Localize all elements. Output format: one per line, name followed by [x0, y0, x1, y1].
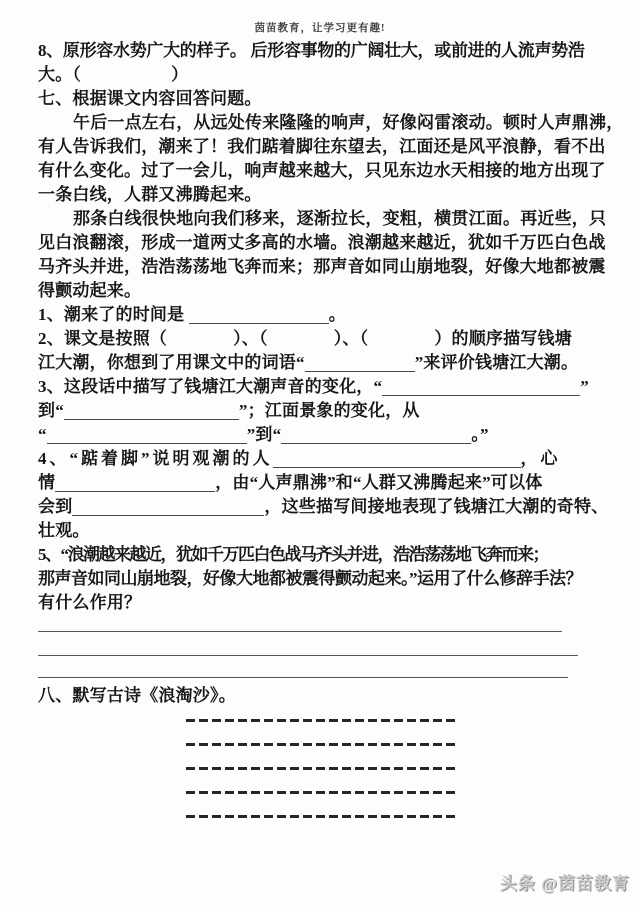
text-run: ）	[171, 65, 188, 84]
answer-line-1	[38, 631, 562, 632]
text-run: “	[38, 425, 47, 444]
text-run: 有什么作用？	[38, 593, 141, 612]
question-3-line-1: 3、这段话中描写了钱塘江大潮声音的变化，“”	[38, 375, 603, 399]
question-5-line-3: 有什么作用？	[38, 591, 603, 615]
text-run: 3、这段话中描写了钱塘江大潮声音的变化，“	[38, 377, 382, 396]
passage-para2-line-2: 见白浪翻滚，形成一道两丈多高的水墙。浪潮越来越近，犹如千万匹白色战	[38, 231, 603, 255]
text-run: 会到	[38, 497, 72, 516]
worksheet-page: 茵苗教育，让学习更有趣! 8、原形容水势广大的样子。 后形容事物的广阔壮大，或前…	[0, 0, 640, 905]
text-run: 8、原形容水势广大的样子。 后形容事物的广阔壮大，或前进的人流声势浩	[38, 41, 585, 60]
fill-in-blank	[47, 429, 247, 444]
text-run: ）、（	[334, 329, 369, 348]
poem-blank-line-2	[186, 743, 456, 746]
text-run: ”来评价钱塘江大潮。	[415, 353, 579, 372]
fill-in-blank	[189, 309, 329, 324]
section-7-heading: 七、根据课文内容回答问题。	[38, 87, 603, 111]
text-run: 午后一点左右，从远处传来隆隆的响声，好像闷雷滚动。顿时人声鼎沸，	[73, 113, 623, 132]
text-run: 到“	[38, 401, 64, 420]
question-5-line-2: 那声音如同山崩地裂，好像大地都被震得颤动起来。”运用了什么修辞手法？	[38, 567, 603, 591]
text-run: ，这些描写间接地表现了钱塘江大潮的奇特、	[264, 497, 608, 516]
passage-para1-line-3: 有什么变化。过了一会儿，响声越来越大，只见东边水天相接的地方出现了	[38, 159, 603, 183]
text-run: 那条白线很快地向我们移来，逐渐拉长，变粗，横贯江面。再近些，只	[73, 209, 606, 228]
passage-para2-line-4: 得颤动起来。	[38, 279, 603, 303]
paren-blank	[268, 342, 334, 344]
answer-line-2	[38, 655, 578, 656]
text-run: ）的顺序描写钱塘	[434, 329, 572, 348]
question-4-line-3: 会到，这些描写间接地表现了钱塘江大潮的奇特、	[38, 495, 603, 519]
text-run: 有人告诉我们，潮来了！我们踮着脚往东望去，江面还是风平浪静，看不出	[38, 137, 606, 156]
document-lines: 8、原形容水势广大的样子。 后形容事物的广阔壮大，或前进的人流声势浩大。（）七、…	[0, 35, 640, 818]
passage-para2-line-3: 马齐头并进，浩浩荡荡地飞奔而来；那声音如同山崩地裂，好像大地都被震	[38, 255, 603, 279]
text-run: 江大潮，你想到了用课文中的词语“	[38, 353, 305, 372]
text-run: 一条白线，人群又沸腾起来。	[38, 185, 262, 204]
question-3-line-2: 到“”；江面景象的变化，从	[38, 399, 603, 423]
paren-blank	[368, 342, 434, 344]
fill-in-blank	[64, 405, 239, 420]
text-run: 七、根据课文内容回答问题。	[38, 89, 262, 108]
text-run: ）、（	[233, 329, 268, 348]
section-8-heading: 八、默写古诗《浪淘沙》。	[38, 684, 603, 708]
text-run: ，心	[521, 449, 561, 468]
text-run: ”；江面景象的变化，从	[239, 401, 420, 420]
question-1: 1、潮来了的时间是 。	[38, 303, 603, 327]
question-5-line-1: 5、“浪潮越来越近，犹如千万匹白色战马齐头并进，浩浩荡荡地飞奔而来；	[38, 543, 603, 567]
question-4-line-4: 壮观。	[38, 519, 603, 543]
question-2-line-1: 2、课文是按照（）、（）、（）的顺序描写钱塘	[38, 327, 603, 351]
text-run: 马齐头并进，浩浩荡荡地飞奔而来；那声音如同山崩地裂，好像大地都被震	[38, 257, 606, 276]
text-run: 1、潮来了的时间是	[38, 305, 189, 324]
passage-para1-line-4: 一条白线，人群又沸腾起来。	[38, 183, 603, 207]
text-run: ”	[580, 377, 589, 396]
fill-in-blank	[55, 477, 215, 492]
fill-in-blank	[281, 429, 471, 444]
passage-para2-line-1: 那条白线很快地向我们移来，逐渐拉长，变粗，横贯江面。再近些，只	[38, 207, 603, 231]
text-run: 4、“踮着脚”说明观潮的人	[38, 449, 273, 468]
poem-blank-line-4	[186, 791, 456, 794]
fill-in-blank	[273, 453, 521, 468]
poem-blank-line-3	[186, 767, 456, 770]
text-run: 2、课文是按照（	[38, 329, 167, 348]
text-run: 大。（	[38, 65, 81, 84]
passage-para1-line-1: 午后一点左右，从远处传来隆隆的响声，好像闷雷滚动。顿时人声鼎沸，	[38, 111, 603, 135]
question-3-line-3: “”到“。”	[38, 423, 603, 447]
question-4-line-2: 情，由“人声鼎沸”和“人群又沸腾起来”可以体	[38, 471, 603, 495]
item8-line-2: 大。（）	[38, 63, 603, 87]
watermark: 头条 @茵苗教育	[500, 869, 630, 894]
paren-blank	[81, 78, 171, 80]
poem-blank-line-5	[186, 815, 456, 818]
page-header-slogan: 茵苗教育，让学习更有趣!	[0, 0, 640, 35]
paren-blank	[167, 342, 233, 344]
passage-para1-line-2: 有人告诉我们，潮来了！我们踮着脚往东望去，江面还是风平浪静，看不出	[38, 135, 603, 159]
text-run: 得颤动起来。	[38, 281, 141, 300]
text-run: 壮观。	[38, 521, 90, 540]
question-2-line-2: 江大潮，你想到了用课文中的词语“”来评价钱塘江大潮。	[38, 351, 603, 375]
item8-line-1: 8、原形容水势广大的样子。 后形容事物的广阔壮大，或前进的人流声势浩	[38, 39, 603, 63]
fill-in-blank	[382, 381, 580, 396]
fill-in-blank	[72, 501, 264, 516]
answer-line-3	[38, 677, 568, 678]
text-run: 。”	[471, 425, 488, 444]
text-run: 有什么变化。过了一会儿，响声越来越大，只见东边水天相接的地方出现了	[38, 161, 606, 180]
poem-blank-line-1	[186, 719, 456, 722]
text-run: 那声音如同山崩地裂，好像大地都被震得颤动起来。”运用了什么修辞手法？	[38, 569, 582, 588]
question-4-line-1: 4、“踮着脚”说明观潮的人，心	[38, 447, 603, 471]
fill-in-blank	[305, 357, 415, 372]
text-run: 八、默写古诗《浪淘沙》。	[38, 686, 236, 705]
text-run: 见白浪翻滚，形成一道两丈多高的水墙。浪潮越来越近，犹如千万匹白色战	[38, 233, 606, 252]
text-run: 。	[329, 305, 346, 324]
text-run: 情	[38, 473, 55, 492]
text-run: ，由“人声鼎沸”和“人群又沸腾起来”可以体	[215, 473, 542, 492]
text-run: ”到“	[247, 425, 282, 444]
text-run: 5、“浪潮越来越近，犹如千万匹白色战马齐头并进，浩浩荡荡地飞奔而来；	[38, 545, 548, 564]
